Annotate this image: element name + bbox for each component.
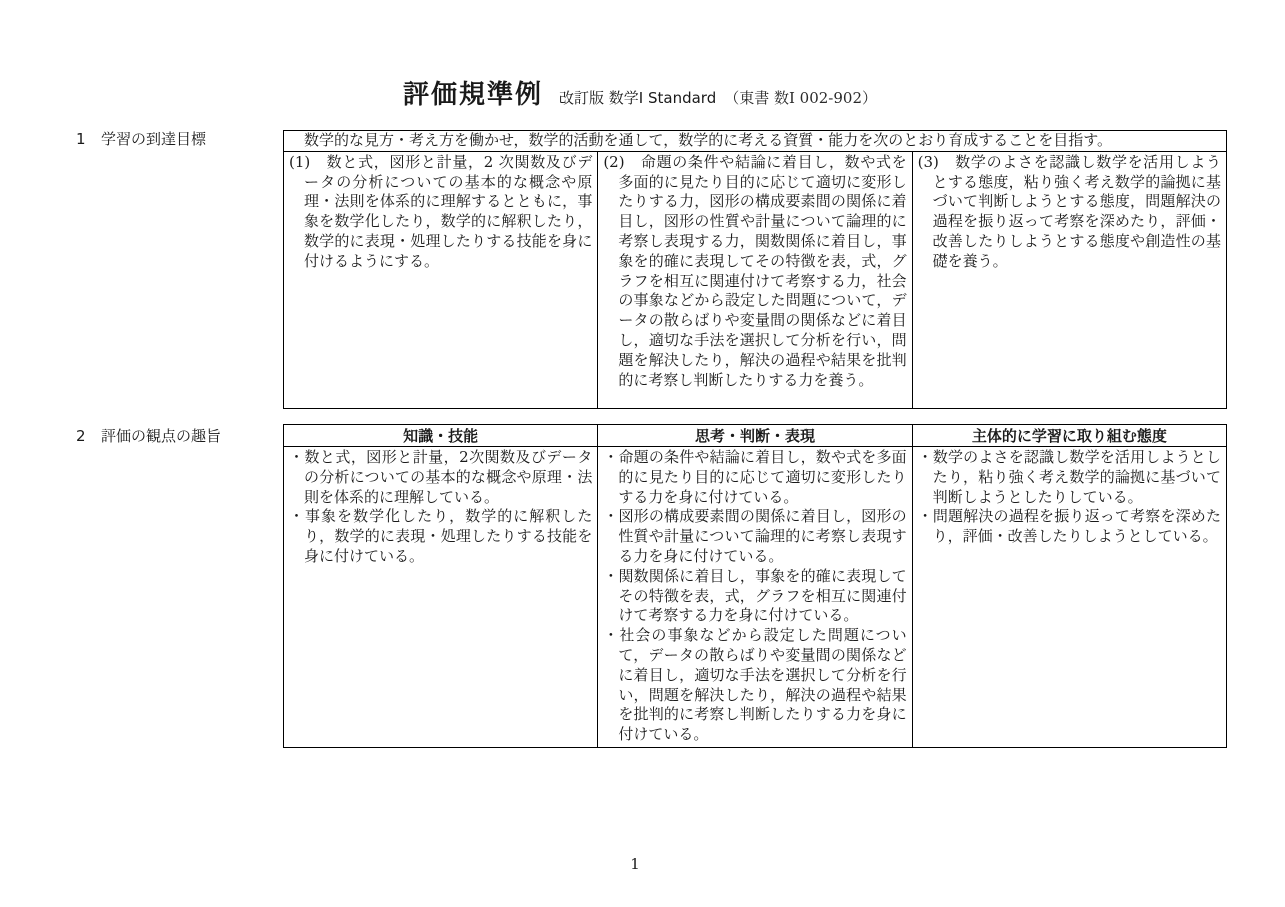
knowledge-skills-list: ・数と式，図形と計量，2次関数及びデータの分析についての基本的な概念や原理・法則… bbox=[289, 448, 592, 567]
goal-item-2-text: (2) 命題の条件や結論に着目し，数や式を多面的に見たり目的に応じて適切に変形し… bbox=[603, 153, 906, 391]
viewpoint-body-row: ・数と式，図形と計量，2次関数及びデータの分析についての基本的な概念や原理・法則… bbox=[284, 447, 1227, 748]
section1-title: 学習の到達目標 bbox=[101, 130, 206, 148]
header-attitude: 主体的に学習に取り組む態度 bbox=[912, 425, 1226, 447]
section2-title: 評価の観点の趣旨 bbox=[101, 427, 221, 445]
section2-label: 2 評価の観点の趣旨 bbox=[76, 427, 221, 445]
learning-goals-table: 数学的な見方・考え方を働かせ，数学的活動を通して，数学的に考える資質・能力を次の… bbox=[283, 130, 1227, 409]
thinking-judgment-expression-list: ・命題の条件や結論に着目し，数や式を多面的に見たり目的に応じて適切に変形したりす… bbox=[603, 448, 906, 745]
criterion-item: ・数学のよさを認識し数学を活用しようとしたり，粘り強く考え数学的論拠に基づいて判… bbox=[918, 448, 1221, 507]
goal-item-3-cell: (3) 数学のよさを認識し数学を活用しようとする態度，粘り強く考え数学的論拠に基… bbox=[912, 151, 1226, 408]
goal-items-row: (1) 数と式，図形と計量，2 次関数及びデータの分析についての基本的な概念や原… bbox=[284, 151, 1227, 408]
goal-item-1-text: (1) 数と式，図形と計量，2 次関数及びデータの分析についての基本的な概念や原… bbox=[289, 153, 592, 272]
section2-number: 2 bbox=[76, 427, 101, 445]
attitude-cell: ・数学のよさを認識し数学を活用しようとしたり，粘り強く考え数学的論拠に基づいて判… bbox=[912, 447, 1226, 748]
evaluation-viewpoints-table: 知識・技能 思考・判断・表現 主体的に学習に取り組む態度 ・数と式，図形と計量，… bbox=[283, 424, 1227, 748]
goal-statement-cell: 数学的な見方・考え方を働かせ，数学的活動を通して，数学的に考える資質・能力を次の… bbox=[284, 131, 1227, 152]
knowledge-skills-cell: ・数と式，図形と計量，2次関数及びデータの分析についての基本的な概念や原理・法則… bbox=[284, 447, 598, 748]
goal-item-3-text: (3) 数学のよさを認識し数学を活用しようとする態度，粘り強く考え数学的論拠に基… bbox=[918, 153, 1221, 272]
goal-statement-row: 数学的な見方・考え方を働かせ，数学的活動を通して，数学的に考える資質・能力を次の… bbox=[284, 131, 1227, 152]
subtitle-edition: 改訂版 数学Ⅰ Standard bbox=[559, 87, 716, 108]
criterion-item: ・図形の構成要素間の関係に着目し，図形の性質や計量について論理的に考察し表現する… bbox=[603, 507, 906, 566]
criterion-item: ・問題解決の過程を振り返って考察を深めたり，評価・改善したりしようとしている。 bbox=[918, 507, 1221, 547]
section1-label: 1 学習の到達目標 bbox=[76, 130, 206, 148]
document-title: 評価規準例 bbox=[403, 82, 543, 108]
criterion-item: ・数と式，図形と計量，2次関数及びデータの分析についての基本的な概念や原理・法則… bbox=[289, 448, 592, 507]
viewpoint-header-row: 知識・技能 思考・判断・表現 主体的に学習に取り組む態度 bbox=[284, 425, 1227, 447]
subtitle-textbook-code: （東書 数Ⅰ 002-902） bbox=[724, 87, 877, 108]
criterion-item: ・社会の事象などから設定した問題について，データの散らばりや変量間の関係などに着… bbox=[603, 626, 906, 745]
thinking-judgment-expression-cell: ・命題の条件や結論に着目し，数や式を多面的に見たり目的に応じて適切に変形したりす… bbox=[598, 447, 912, 748]
document-page: 評価規準例 改訂版 数学Ⅰ Standard （東書 数Ⅰ 002-902） 1… bbox=[0, 0, 1285, 907]
header-knowledge-skills: 知識・技能 bbox=[284, 425, 598, 447]
criterion-item: ・関数関係に着目し，事象を的確に表現してその特徴を表，式，グラフを相互に関連付け… bbox=[603, 567, 906, 626]
header-thinking-judgment-expression: 思考・判断・表現 bbox=[598, 425, 912, 447]
document-subtitle: 改訂版 数学Ⅰ Standard （東書 数Ⅰ 002-902） bbox=[559, 87, 877, 108]
page-number: 1 bbox=[0, 855, 1270, 873]
goal-item-1-cell: (1) 数と式，図形と計量，2 次関数及びデータの分析についての基本的な概念や原… bbox=[284, 151, 598, 408]
goal-item-2-cell: (2) 命題の条件や結論に着目し，数や式を多面的に見たり目的に応じて適切に変形し… bbox=[598, 151, 912, 408]
criterion-item: ・命題の条件や結論に着目し，数や式を多面的に見たり目的に応じて適切に変形したりす… bbox=[603, 448, 906, 507]
criterion-item: ・事象を数学化したり，数学的に解釈したり，数学的に表現・処理したりする技能を身に… bbox=[289, 507, 592, 566]
section1-number: 1 bbox=[76, 130, 101, 148]
document-header: 評価規準例 改訂版 数学Ⅰ Standard （東書 数Ⅰ 002-902） bbox=[403, 82, 877, 108]
attitude-list: ・数学のよさを認識し数学を活用しようとしたり，粘り強く考え数学的論拠に基づいて判… bbox=[918, 448, 1221, 547]
